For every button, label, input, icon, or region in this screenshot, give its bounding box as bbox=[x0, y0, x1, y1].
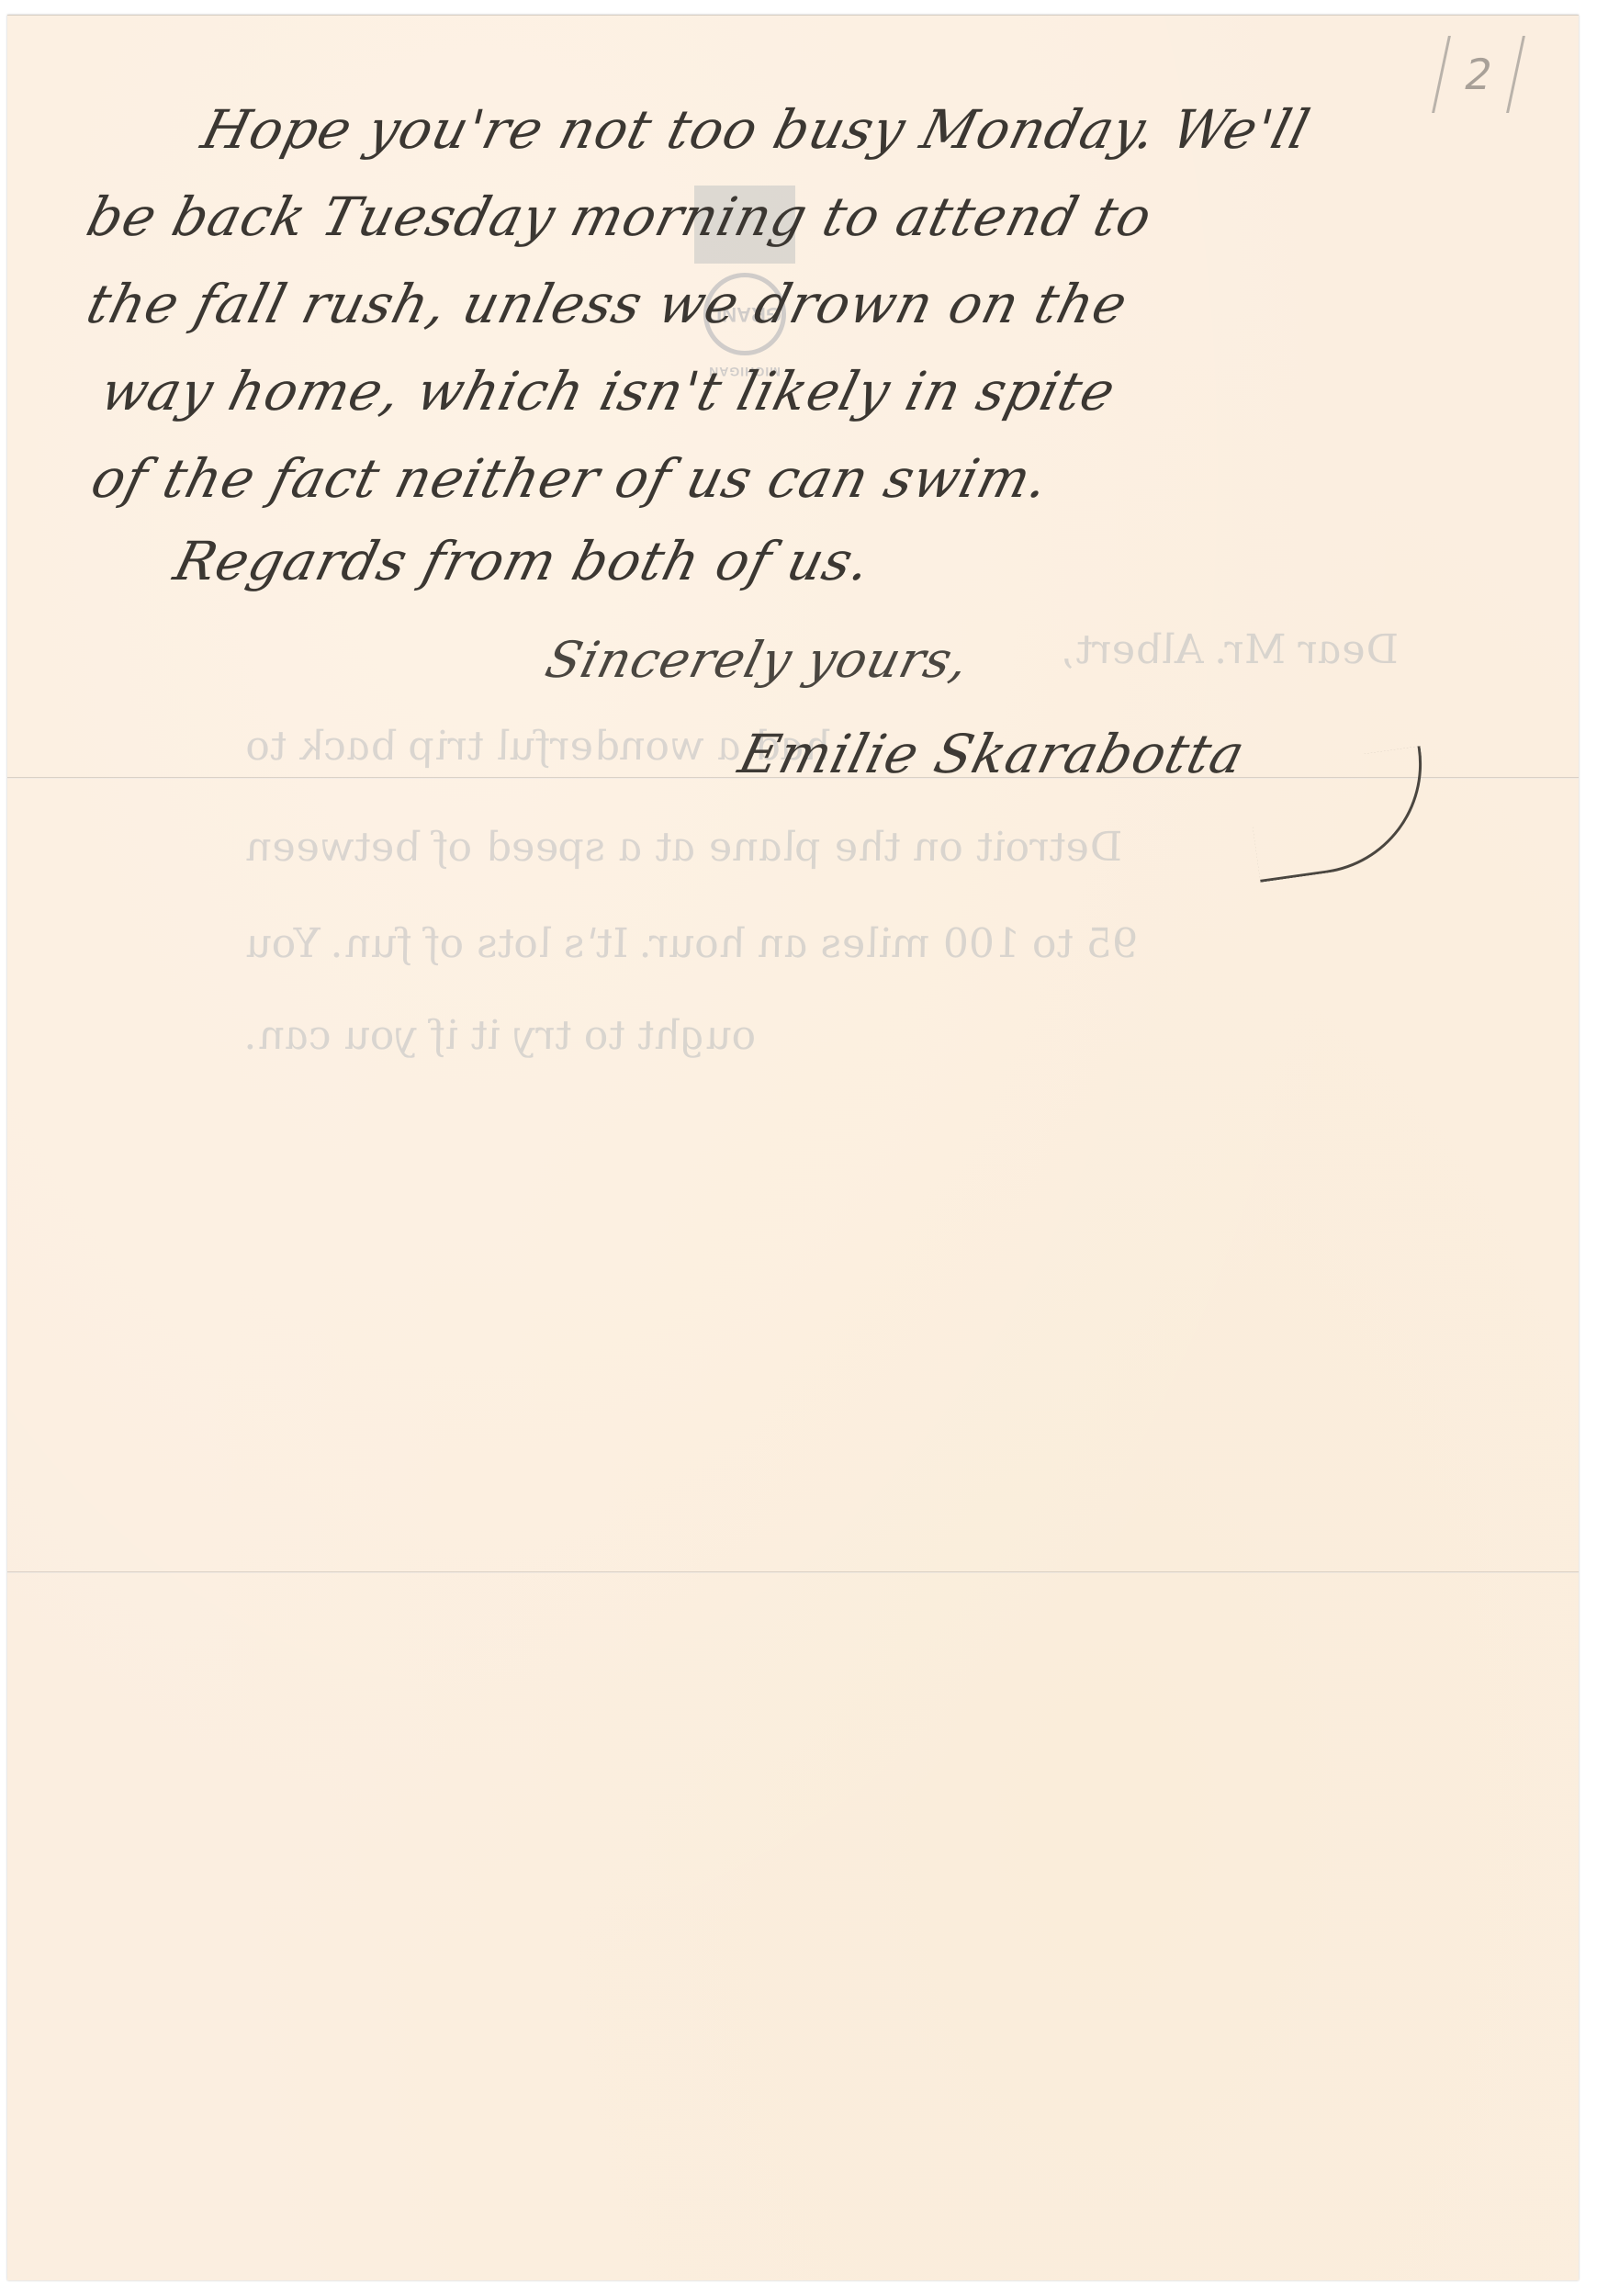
bleed-line: 95 to 100 miles an hour. It's lots of fu… bbox=[242, 920, 1143, 967]
letter-line: way home, which isn't likely in spite bbox=[95, 360, 1122, 422]
fold-line-lower bbox=[7, 1571, 1579, 1573]
letter-line: of the fact neither of us can swim. bbox=[85, 447, 1055, 510]
page-number-annotation: 2 bbox=[1432, 36, 1525, 113]
signature: Emilie Skarabotta bbox=[733, 723, 1252, 785]
letter-line: Regards from both of us. bbox=[168, 530, 878, 592]
letter-line: Hope you're not too busy Monday. We'll bbox=[196, 98, 1316, 161]
letter-page: 2 GRAND MICHIGAN Dear Mr. Albert, had a … bbox=[7, 15, 1579, 2280]
bleed-line: Dear Mr. Albert, bbox=[1059, 626, 1403, 673]
page-number: 2 bbox=[1460, 50, 1498, 99]
letter-closing: Sincerely yours, bbox=[540, 631, 975, 689]
bleed-line: Detroit on the plane at a speed of betwe… bbox=[242, 824, 1128, 871]
letter-line: the fall rush, unless we drown on the bbox=[81, 273, 1134, 335]
signature-flourish bbox=[1244, 746, 1435, 883]
letter-line: be back Tuesday morning to attend to bbox=[81, 186, 1158, 248]
bleed-line: ought to try it if you can. bbox=[242, 1012, 762, 1059]
